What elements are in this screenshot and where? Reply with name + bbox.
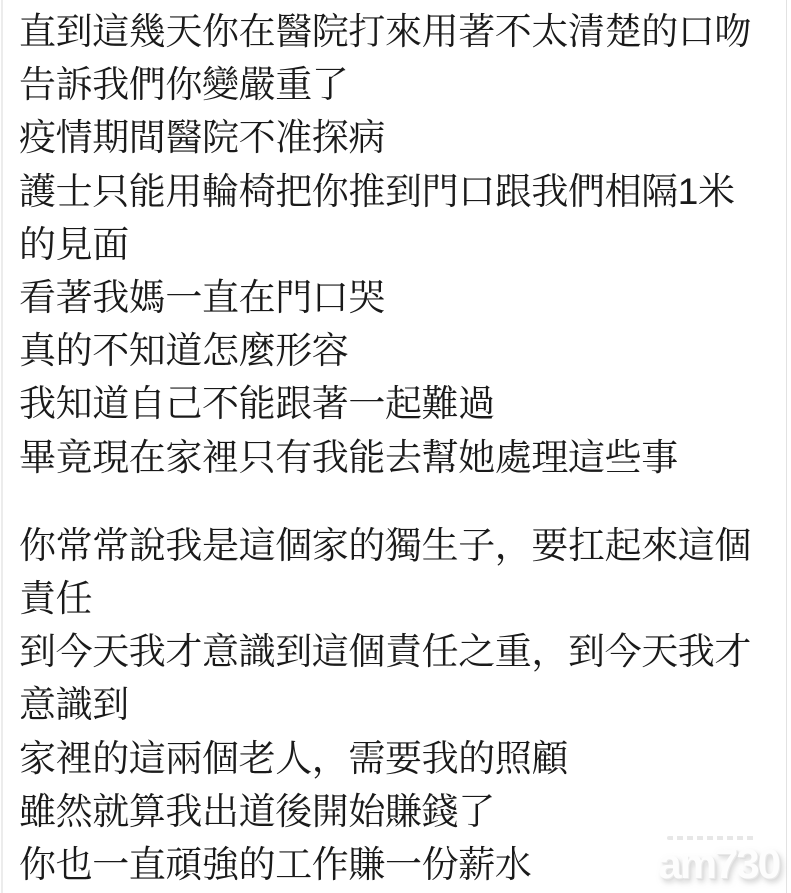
paragraph: 直到這幾天你在醫院打來用著不太清楚的口吻告訴我們你變嚴重了疫情期間醫院不准探病護… — [19, 5, 783, 484]
text-line: 家裡的這兩個老人，需要我的照顧 — [19, 732, 783, 785]
text-line: 告訴我們你變嚴重了 — [19, 58, 783, 111]
text-line: 真的不知道怎麼形容 — [19, 324, 783, 377]
text-line: 護士只能用輪椅把你推到門口跟我們相隔1米 — [19, 165, 783, 218]
text-line: 責任 — [19, 572, 783, 625]
text-line: 看著我媽一直在門口哭 — [19, 271, 783, 324]
am730-logo: am730 — [658, 844, 779, 884]
text-line: 直到這幾天你在醫院打來用著不太清楚的口吻 — [19, 5, 783, 58]
text-line: 雖然就算我出道後開始賺錢了 — [19, 785, 783, 838]
text-line: 你常常說我是這個家的獨生子，要扛起來這個 — [19, 519, 783, 572]
text-line: 到今天我才意識到這個責任之重，到今天我才 — [19, 625, 783, 678]
text-line: 意識到 — [19, 678, 783, 731]
text-post-screenshot: 直到這幾天你在醫院打來用著不太清楚的口吻告訴我們你變嚴重了疫情期間醫院不准探病護… — [0, 0, 791, 893]
text-line: 我知道自己不能跟著一起難過 — [19, 377, 783, 430]
text-line: 疫情期間醫院不准探病 — [19, 111, 783, 164]
text-line: 的見面 — [19, 218, 783, 271]
text-line: 畢竟現在家裡只有我能去幫她處理這些事 — [19, 431, 783, 484]
post-text: 直到這幾天你在醫院打來用著不太清楚的口吻告訴我們你變嚴重了疫情期間醫院不准探病護… — [0, 0, 791, 891]
am730-watermark: am730 — [658, 836, 779, 884]
